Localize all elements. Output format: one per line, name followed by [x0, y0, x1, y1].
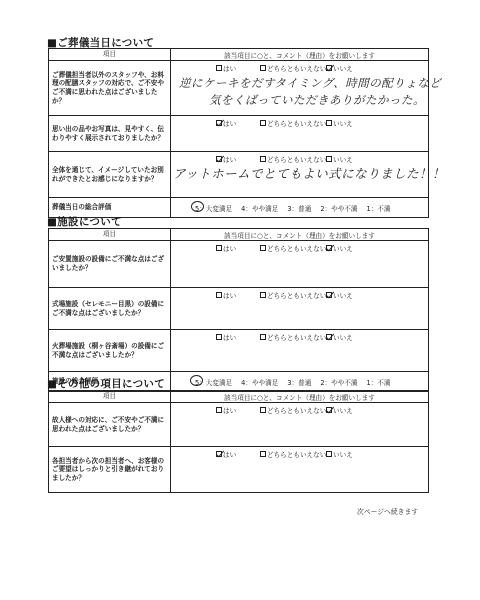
option-yes[interactable]: はい	[216, 154, 236, 164]
checkbox-checked[interactable]	[326, 334, 332, 340]
table-row: ご葬儀担当者以外のスタッフや、お料理の配膳スタッフの対応で、ご不安やご不満に思わ…	[49, 61, 428, 116]
header-item: 項目	[49, 391, 171, 402]
question: ご安置施設の設備にご不満な点はございましたか？	[49, 241, 171, 287]
checkbox[interactable]	[326, 451, 332, 457]
selected-rating-circle	[191, 201, 204, 212]
selected-rating-circle	[190, 375, 203, 386]
option-yes[interactable]: はい	[216, 243, 236, 253]
option-no[interactable]: いいえ	[326, 449, 353, 459]
handwritten-comment-line: 気をくばっていただきありがたかった。	[209, 92, 425, 108]
checkbox[interactable]	[260, 120, 266, 126]
checkbox[interactable]	[260, 292, 266, 298]
checkbox[interactable]	[326, 120, 332, 126]
answer-cell: はい どちらともいえない いいえ	[171, 447, 428, 492]
option-neutral[interactable]: どちらともいえない	[260, 243, 326, 253]
question: 全体を通じて、イメージしていたお別れができたとお感じになりますか？	[49, 152, 171, 197]
question: 故人様への対応に、ご不安やご不満に思われた点はございましたか？	[49, 403, 171, 446]
option-no[interactable]: いいえ	[326, 243, 353, 253]
rating-option-2[interactable]: 2：やや不満	[320, 377, 357, 387]
answer-cell: はい どちらともいえない いいえ 逆にケーキをだすタイミング、時間の配りょなど …	[171, 61, 428, 115]
checkbox[interactable]	[260, 407, 266, 413]
rating-option-3[interactable]: 3：普通	[287, 377, 311, 387]
option-neutral[interactable]: どちらともいえない	[260, 332, 326, 342]
checkbox[interactable]	[216, 407, 222, 413]
checkbox[interactable]	[260, 65, 266, 71]
question: 火葬場施設（桐ヶ谷斎場）の設備にご不満な点はございましたか？	[49, 330, 171, 371]
option-neutral[interactable]: どちらともいえない	[260, 290, 326, 300]
rating-scale[interactable]: 5：大変満足 4：やや満足 3：普通 2：やや不満 1：不満	[171, 198, 428, 217]
answer-cell: はい どちらともいえない いいえ	[171, 330, 428, 371]
option-no[interactable]: いいえ	[326, 405, 353, 415]
rating-scale[interactable]: 5：大変満足 4：やや満足 3：普通 2：やや不満 1：不満	[171, 372, 428, 391]
funeral-day-table: 項目 該当項目に○と、コメント（理由）をお願いします ご葬儀担当者以外のスタッフ…	[48, 48, 429, 218]
option-no[interactable]: いいえ	[326, 290, 353, 300]
checkbox[interactable]	[216, 65, 222, 71]
option-no[interactable]: いいえ	[326, 63, 353, 73]
checkbox[interactable]	[326, 156, 332, 162]
checkbox-checked[interactable]	[326, 245, 332, 251]
question: 各担当者から次の担当者へ、お客様のご要望はしっかりと引き継がれておりましたか？	[49, 447, 171, 492]
question: 思い出の品やお写真は、見やすく、伝わりやすく展示されておりましたか？	[49, 116, 171, 151]
checkbox[interactable]	[260, 451, 266, 457]
table-row: 火葬場施設（桐ヶ谷斎場）の設備にご不満な点はございましたか？ はい どちらともい…	[49, 330, 428, 372]
option-yes[interactable]: はい	[216, 118, 236, 128]
table-header: 項目 該当項目に○と、コメント（理由）をお願いします	[49, 391, 428, 403]
checkbox[interactable]	[216, 292, 222, 298]
header-item: 項目	[49, 229, 171, 240]
table-row: 故人様への対応に、ご不安やご不満に思われた点はございましたか？ はい どちらとも…	[49, 403, 428, 447]
table-row: 各担当者から次の担当者へ、お客様のご要望はしっかりと引き継がれておりましたか？ …	[49, 447, 428, 492]
option-yes[interactable]: はい	[216, 63, 236, 73]
checkbox[interactable]	[260, 245, 266, 251]
answer-cell: はい どちらともいえない いいえ	[171, 116, 428, 151]
header-item: 項目	[49, 49, 171, 60]
option-no[interactable]: いいえ	[326, 332, 353, 342]
option-yes[interactable]: はい	[216, 332, 236, 342]
rating-option-3[interactable]: 3：普通	[287, 203, 311, 213]
table-row: 思い出の品やお写真は、見やすく、伝わりやすく展示されておりましたか？ はい どち…	[49, 116, 428, 152]
header-instruction: 該当項目に○と、コメント（理由）をお願いします	[171, 391, 428, 402]
table-header: 項目 該当項目に○と、コメント（理由）をお願いします	[49, 229, 428, 241]
checkbox-checked[interactable]	[216, 156, 222, 162]
answer-cell: はい どちらともいえない いいえ アットホームでとてもよい式になりました！！	[171, 152, 428, 197]
table-row: ご安置施設の設備にご不満な点はございましたか？ はい どちらともいえない いいえ	[49, 241, 428, 288]
option-yes[interactable]: はい	[216, 290, 236, 300]
answer-cell: はい どちらともいえない いいえ	[171, 403, 428, 446]
handwritten-comment-line: アットホームでとてもよい式になりました！！	[173, 164, 445, 182]
option-neutral[interactable]: どちらともいえない	[260, 63, 326, 73]
header-instruction: 該当項目に○と、コメント（理由）をお願いします	[171, 229, 428, 240]
handwritten-comment-line: 逆にケーキをだすタイミング、時間の配りょなど	[179, 75, 441, 91]
checkbox-checked[interactable]	[326, 407, 332, 413]
checkbox[interactable]	[260, 334, 266, 340]
checkbox[interactable]	[216, 334, 222, 340]
option-neutral[interactable]: どちらともいえない	[260, 154, 326, 164]
checkbox[interactable]	[260, 156, 266, 162]
option-yes[interactable]: はい	[216, 405, 236, 415]
question: 式場施設（セレモニー目黒）の設備にご不満な点はございましたか？	[49, 288, 171, 329]
option-no[interactable]: いいえ	[326, 154, 353, 164]
facilities-table: 項目 該当項目に○と、コメント（理由）をお願いします ご安置施設の設備にご不満な…	[48, 228, 429, 392]
rating-option-1[interactable]: 1：不満	[367, 377, 391, 387]
checkbox[interactable]	[216, 245, 222, 251]
rating-option-1[interactable]: 1：不満	[367, 203, 391, 213]
option-neutral[interactable]: どちらともいえない	[260, 405, 326, 415]
rating-option-2[interactable]: 2：やや不満	[320, 203, 357, 213]
checkbox-checked[interactable]	[216, 120, 222, 126]
checkbox-checked[interactable]	[326, 292, 332, 298]
section-title-other-items: ■その他の項目について	[47, 376, 165, 391]
table-row: 全体を通じて、イメージしていたお別れができたとお感じになりますか？ はい どちら…	[49, 152, 428, 198]
other-items-table: 項目 該当項目に○と、コメント（理由）をお願いします 故人様への対応に、ご不安や…	[48, 390, 429, 493]
table-row: 式場施設（セレモニー目黒）の設備にご不満な点はございましたか？ はい どちらとも…	[49, 288, 428, 330]
rating-option-4[interactable]: 4：やや満足	[241, 377, 278, 387]
table-header: 項目 該当項目に○と、コメント（理由）をお願いします	[49, 49, 428, 61]
question: ご葬儀担当者以外のスタッフや、お料理の配膳スタッフの対応で、ご不安やご不満に思わ…	[49, 61, 171, 115]
option-no[interactable]: いいえ	[326, 118, 353, 128]
option-neutral[interactable]: どちらともいえない	[260, 449, 326, 459]
rating-option-4[interactable]: 4：やや満足	[241, 203, 278, 213]
checkbox-checked[interactable]	[326, 65, 332, 71]
option-neutral[interactable]: どちらともいえない	[260, 118, 326, 128]
option-yes[interactable]: はい	[216, 449, 236, 459]
answer-cell: はい どちらともいえない いいえ	[171, 288, 428, 329]
answer-cell: はい どちらともいえない いいえ	[171, 241, 428, 287]
continue-next-page-note: 次ページへ続きます	[357, 506, 418, 516]
section-title-facilities: ■施設について	[47, 214, 122, 229]
header-instruction: 該当項目に○と、コメント（理由）をお願いします	[171, 49, 428, 60]
checkbox-checked[interactable]	[216, 451, 222, 457]
